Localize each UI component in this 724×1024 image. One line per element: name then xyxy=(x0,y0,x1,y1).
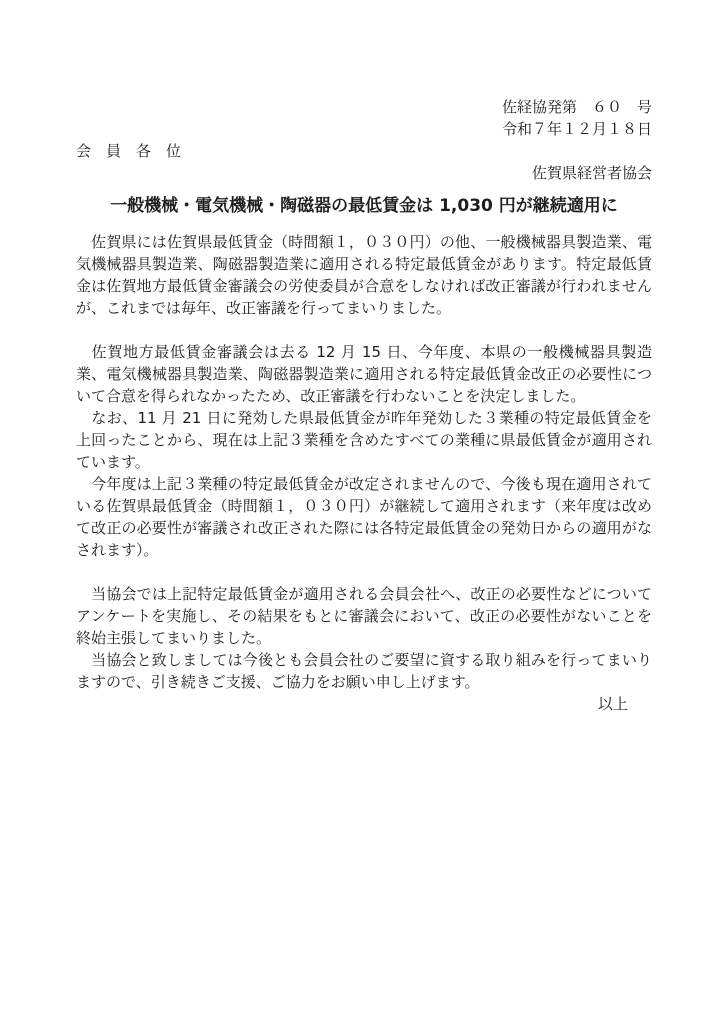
paragraph-group-3: 当協会では上記特定最低賃金が適用される会員会社へ、改正の必要性などについてアンケ… xyxy=(76,583,652,693)
closing-ijou: 以上 xyxy=(76,693,652,715)
addressee: 会 員 各 位 xyxy=(76,140,652,162)
paragraph: 佐賀県には佐賀県最低賃金（時間額１，０３０円）の他、一般機械器具製造業、電気機械… xyxy=(76,231,652,319)
doc-number: 佐経協発第 ６０ 号 xyxy=(76,96,652,118)
paragraph-group-2: 佐賀地方最低賃金審議会は去る 12 月 15 日、今年度、本県の一般機械器具製造… xyxy=(76,341,652,561)
paragraph: 当協会では上記特定最低賃金が適用される会員会社へ、改正の必要性などについてアンケ… xyxy=(76,583,652,649)
paragraph-group-1: 佐賀県には佐賀県最低賃金（時間額１，０３０円）の他、一般機械器具製造業、電気機械… xyxy=(76,231,652,319)
doc-date: 令和７年１２月１８日 xyxy=(76,118,652,140)
document-title: 一般機械・電気機械・陶磁器の最低賃金は 1,030 円が継続適用に xyxy=(76,193,652,219)
paragraph: 佐賀地方最低賃金審議会は去る 12 月 15 日、今年度、本県の一般機械器具製造… xyxy=(76,341,652,407)
paragraph: なお、11 月 21 日に発効した県最低賃金が昨年発効した３業種の特定最低賃金を… xyxy=(76,407,652,473)
paragraph: 今年度は上記３業種の特定最低賃金が改定されませんので、今後も現在適用されている佐… xyxy=(76,473,652,561)
sender-organization: 佐賀県経営者協会 xyxy=(76,162,652,184)
document-page: 佐経協発第 ６０ 号 令和７年１２月１８日 会 員 各 位 佐賀県経営者協会 一… xyxy=(0,0,724,1024)
paragraph: 当協会と致しましては今後とも会員会社のご要望に資する取り組みを行ってまいりますの… xyxy=(76,649,652,693)
